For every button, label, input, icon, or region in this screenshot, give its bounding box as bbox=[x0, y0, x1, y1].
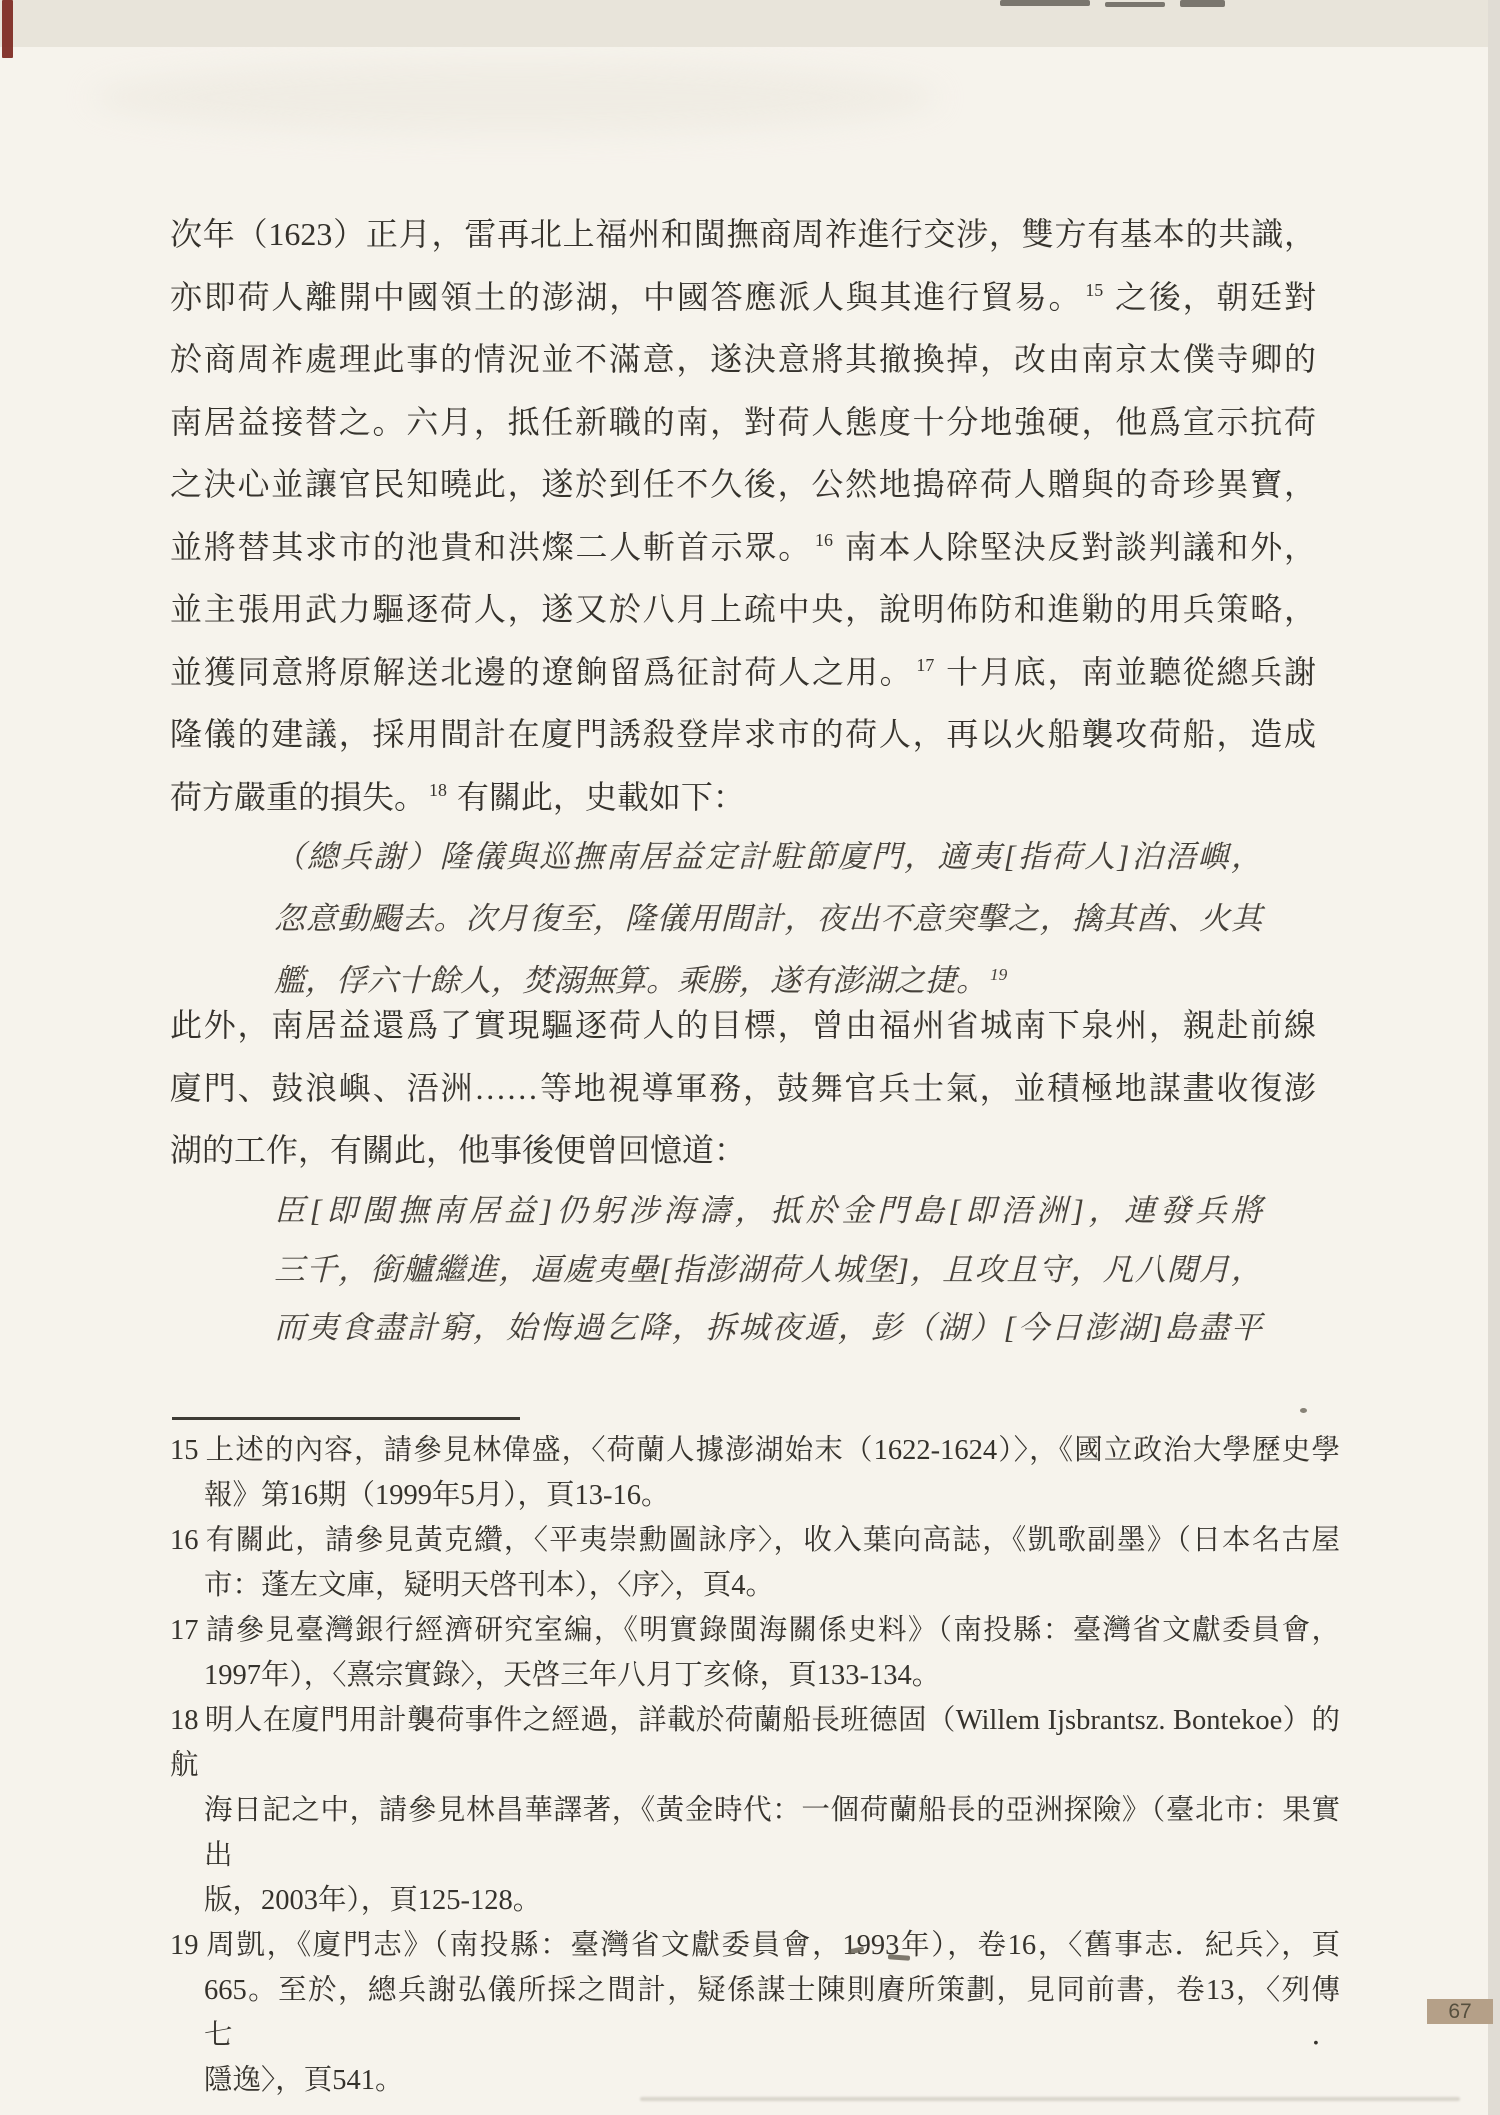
text-line: 荷方嚴重的損失。18有關此，史載如下： bbox=[170, 766, 1316, 829]
text-line: 並將替其求市的池貴和洪燦二人斬首示眾。16南本人除堅決反對談判議和外， bbox=[170, 516, 1316, 579]
text-run: 有關此，史載如下： bbox=[457, 779, 745, 815]
footnote-ref-superscript: 18 bbox=[429, 780, 447, 800]
text-line: 並獲同意將原解送北邊的遼餉留爲征討荷人之用。17十月底，南並聽從總兵謝 bbox=[170, 641, 1316, 704]
footnote-ref-superscript: 15 bbox=[1085, 280, 1103, 300]
text-line: 而夷食盡計窮，始悔過乞降，拆城夜遁，彭（湖）[今日澎湖]島盡平 bbox=[274, 1299, 1262, 1358]
quote-block-1: （總兵謝）隆儀與巡撫南居益定計駐節廈門，適夷[指荷人]泊浯嶼，忽意動颺去。次月復… bbox=[274, 826, 1262, 1012]
text-run: 上述的內容，請參見林偉盛，〈荷蘭人據澎湖始末（1622-1624）〉，《國立政治… bbox=[205, 1435, 1341, 1466]
text-run: 1997年），〈熹宗實錄〉，天啓三年八月丁亥條，頁133-134。 bbox=[204, 1660, 940, 1691]
text-line: 市：蓬左文庫，疑明天啓刊本），〈序〉，頁4。 bbox=[170, 1563, 1340, 1608]
text-run: 次年（1623）正月，雷再北上福州和閩撫商周祚進行交涉，雙方有基本的共識， bbox=[170, 216, 1316, 252]
text-run: （總兵謝）隆儀與巡撫南居益定計駐節廈門，適夷[指荷人]泊浯嶼， bbox=[274, 839, 1262, 874]
footnote-separator bbox=[172, 1417, 520, 1420]
text-line: 之決心並讓官民知曉此，遂於到任不久後，公然地搗碎荷人贈與的奇珍異寶， bbox=[170, 453, 1316, 516]
text-run: 請參見臺灣銀行經濟研究室編，《明實錄閩海關係史料》（南投縣：臺灣省文獻委員會， bbox=[205, 1615, 1341, 1646]
text-line: 1997年），〈熹宗實錄〉，天啓三年八月丁亥條，頁133-134。 bbox=[170, 1653, 1340, 1698]
text-run: 十月底，南並聽從總兵謝 bbox=[944, 654, 1316, 690]
text-run: 湖的工作，有關此，他事後便曾回憶道： bbox=[170, 1132, 746, 1168]
paragraph-1: 次年（1623）正月，雷再北上福州和閩撫商周祚進行交涉，雙方有基本的共識，亦即荷… bbox=[170, 203, 1316, 828]
text-line: 並主張用武力驅逐荷人，遂又於八月上疏中央，說明佈防和進勦的用兵策略， bbox=[170, 578, 1316, 641]
top-scan-band bbox=[0, 0, 1500, 47]
text-run: 三千，銜艫繼進，逼處夷壘[指澎湖荷人城堡]，且攻且守，凡八閱月， bbox=[274, 1252, 1262, 1287]
text-line: 於商周祚處理此事的情況並不滿意，遂決意將其撤換掉，改由南京太僕寺卿的 bbox=[170, 328, 1316, 391]
text-line: 廈門、鼓浪嶼、浯洲……等地視導軍務，鼓舞官兵士氣，並積極地謀畫收復澎 bbox=[170, 1057, 1316, 1120]
text-line: 忽意動颺去。次月復至，隆儀用間計，夜出不意突擊之，擒其酋、火其 bbox=[274, 888, 1262, 950]
text-run: 隆儀的建議，採用間計在廈門誘殺登岸求市的荷人，再以火船襲攻荷船，造成 bbox=[170, 716, 1316, 752]
footnote-ref-superscript: 16 bbox=[815, 530, 833, 550]
text-line: 15上述的內容，請參見林偉盛，〈荷蘭人據澎湖始末（1622-1624）〉，《國立… bbox=[170, 1428, 1340, 1473]
text-line: 18明人在廈門用計襲荷事件之經過，詳載於荷蘭船長班德固（Willem Ijsbr… bbox=[170, 1698, 1340, 1788]
text-run: 之後，朝廷對 bbox=[1113, 279, 1316, 315]
text-run: 隱逸〉，頁541。 bbox=[204, 2065, 404, 2096]
text-run: 忽意動颺去。次月復至，隆儀用間計，夜出不意突擊之，擒其酋、火其 bbox=[274, 901, 1262, 936]
page-number-badge: 67 bbox=[1427, 1999, 1493, 2024]
text-line: 南居益接替之。六月，抵任新職的南，對荷人態度十分地強硬，他爲宣示抗荷 bbox=[170, 391, 1316, 454]
text-line: 臣[即閩撫南居益]仍躬涉海濤，抵於金門島[即浯洲]，連發兵將 bbox=[274, 1182, 1262, 1241]
quote-block-2: 臣[即閩撫南居益]仍躬涉海濤，抵於金門島[即浯洲]，連發兵將三千，銜艫繼進，逼處… bbox=[274, 1182, 1262, 1358]
dot-artifact bbox=[1300, 1408, 1307, 1413]
text-run: 明人在廈門用計襲荷事件之經過，詳載於荷蘭船長班德固（Willem Ijsbran… bbox=[170, 1705, 1340, 1781]
text-run: 而夷食盡計窮，始悔過乞降，拆城夜遁，彭（湖）[今日澎湖]島盡平 bbox=[274, 1310, 1262, 1345]
text-run: 於商周祚處理此事的情況並不滿意，遂決意將其撤換掉，改由南京太僕寺卿的 bbox=[170, 341, 1316, 377]
right-edge-shadow bbox=[1488, 0, 1500, 2115]
text-line: 報》第16期（1999年5月），頁13-16。 bbox=[170, 1473, 1340, 1518]
text-line: 此外，南居益還爲了實現驅逐荷人的目標，曾由福州省城南下泉州，親赴前線 bbox=[170, 994, 1316, 1057]
footnote-number: 18 bbox=[170, 1705, 199, 1736]
footnote-number: 15 bbox=[170, 1435, 199, 1466]
text-run: 版，2003年），頁125-128。 bbox=[204, 1885, 541, 1916]
footnote-number: 16 bbox=[170, 1525, 199, 1556]
text-run: 並獲同意將原解送北邊的遼餉留爲征討荷人之用。 bbox=[170, 654, 913, 690]
text-run: 荷方嚴重的損失。 bbox=[170, 779, 426, 815]
text-line: 湖的工作，有關此，他事後便曾回憶道： bbox=[170, 1119, 1316, 1182]
text-run: 廈門、鼓浪嶼、浯洲……等地視導軍務，鼓舞官兵士氣，並積極地謀畫收復澎 bbox=[170, 1070, 1316, 1106]
text-run: 市：蓬左文庫，疑明天啓刊本），〈序〉，頁4。 bbox=[204, 1570, 774, 1601]
text-run: 並將替其求市的池貴和洪燦二人斬首示眾。 bbox=[170, 529, 812, 565]
text-line: 三千，銜艫繼進，逼處夷壘[指澎湖荷人城堡]，且攻且守，凡八閱月， bbox=[274, 1241, 1262, 1300]
red-edge-mark bbox=[2, 0, 13, 58]
text-line: （總兵謝）隆儀與巡撫南居益定計駐節廈門，適夷[指荷人]泊浯嶼， bbox=[274, 826, 1262, 888]
scan-smudge-3 bbox=[1180, 0, 1225, 7]
text-line: 海日記之中，請參見林昌華譯著，《黃金時代：一個荷蘭船長的亞洲探險》（臺北市：果實… bbox=[170, 1788, 1340, 1878]
footnote-ref-superscript: 17 bbox=[916, 655, 934, 675]
paper-mottle bbox=[90, 60, 940, 135]
footnote-ref-superscript: 19 bbox=[990, 965, 1007, 984]
text-line: 版，2003年），頁125-128。 bbox=[170, 1878, 1340, 1923]
text-run: 此外，南居益還爲了實現驅逐荷人的目標，曾由福州省城南下泉州，親赴前線 bbox=[170, 1007, 1316, 1043]
scan-smudge-1 bbox=[1000, 0, 1090, 6]
text-line: 16有關此，請參見黃克纘，〈平夷崇勳圖詠序〉，收入葉向高誌，《凱歌副墨》（日本名… bbox=[170, 1518, 1340, 1563]
text-run: 有關此，請參見黃克纘，〈平夷崇勳圖詠序〉，收入葉向高誌，《凱歌副墨》（日本名古屋 bbox=[205, 1525, 1341, 1556]
text-line: 亦即荷人離開中國領土的澎湖，中國答應派人與其進行貿易。15之後，朝廷對 bbox=[170, 266, 1316, 329]
scan-smudge-2 bbox=[1105, 2, 1165, 7]
text-line: 隆儀的建議，採用間計在廈門誘殺登岸求市的荷人，再以火船襲攻荷船，造成 bbox=[170, 703, 1316, 766]
scanned-book-page: { "colors": { "paper": "#f6f3ec", "top_b… bbox=[0, 0, 1500, 2115]
text-run: 臣[即閩撫南居益]仍躬涉海濤，抵於金門島[即浯洲]，連發兵將 bbox=[274, 1193, 1262, 1228]
text-line: 17請參見臺灣銀行經濟研究室編，《明實錄閩海關係史料》（南投縣：臺灣省文獻委員會… bbox=[170, 1608, 1340, 1653]
text-run: 南本人除堅決反對談判議和外， bbox=[843, 529, 1316, 565]
text-run: 周凱，《廈門志》（南投縣：臺灣省文獻委員會，1993年），卷16，〈舊事志．紀兵… bbox=[205, 1930, 1341, 1961]
text-run: 艦，俘六十餘人，焚溺無算。乘勝，遂有澎湖之捷。 bbox=[274, 963, 987, 998]
text-run: 並主張用武力驅逐荷人，遂又於八月上疏中央，說明佈防和進勦的用兵策略， bbox=[170, 591, 1316, 627]
text-run: 亦即荷人離開中國領土的澎湖，中國答應派人與其進行貿易。 bbox=[170, 279, 1082, 315]
footnote-section: 15上述的內容，請參見林偉盛，〈荷蘭人據澎湖始末（1622-1624）〉，《國立… bbox=[170, 1428, 1340, 2103]
footnote-number: 19 bbox=[170, 1930, 199, 1961]
text-line: 665。至於，總兵謝弘儀所採之間計，疑係謀士陳則賡所策劃，見同前書，卷13，〈列… bbox=[170, 1968, 1340, 2058]
text-run: 海日記之中，請參見林昌華譯著，《黃金時代：一個荷蘭船長的亞洲探險》（臺北市：果實… bbox=[204, 1795, 1340, 1871]
text-run: 665。至於，總兵謝弘儀所採之間計，疑係謀士陳則賡所策劃，見同前書，卷13，〈列… bbox=[204, 1975, 1340, 2051]
text-run: 南居益接替之。六月，抵任新職的南，對荷人態度十分地強硬，他爲宣示抗荷 bbox=[170, 404, 1316, 440]
paragraph-2: 此外，南居益還爲了實現驅逐荷人的目標，曾由福州省城南下泉州，親赴前線廈門、鼓浪嶼… bbox=[170, 994, 1316, 1182]
text-run: 報》第16期（1999年5月），頁13-16。 bbox=[204, 1480, 670, 1511]
footnote-number: 17 bbox=[170, 1615, 199, 1646]
bottom-edge-shadow bbox=[640, 2097, 1460, 2101]
text-run: 之決心並讓官民知曉此，遂於到任不久後，公然地搗碎荷人贈與的奇珍異寶， bbox=[170, 466, 1316, 502]
text-line: 次年（1623）正月，雷再北上福州和閩撫商周祚進行交涉，雙方有基本的共識， bbox=[170, 203, 1316, 266]
text-line: 19周凱，《廈門志》（南投縣：臺灣省文獻委員會，1993年），卷16，〈舊事志．… bbox=[170, 1923, 1340, 1968]
